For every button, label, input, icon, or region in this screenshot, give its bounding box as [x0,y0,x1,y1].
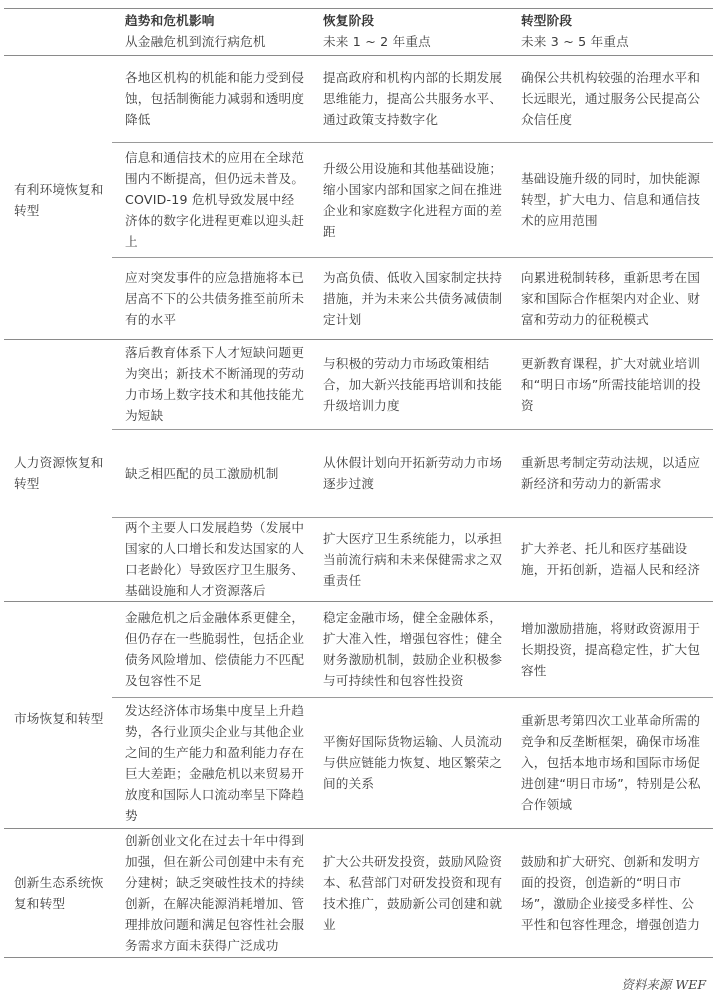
cell-transformation: 增加激励措施，将财政资源用于长期投资，提高稳定性，扩大包容性 [521,601,706,697]
cell-transformation: 基础设施升级的同时，加快能源转型，扩大电力、信息和通信技术的应用范围 [521,142,706,257]
cell-trend: 缺乏相匹配的员工激励机制 [125,429,307,517]
group-label: 有利环境恢复和转型 [14,142,104,257]
group-label: 市场恢复和转型 [14,708,104,729]
cell-transformation: 鼓励和扩大研究、创新和发明方面的投资，创造新的“明日市场”，激励企业接受多样性、… [521,828,706,957]
header-title: 恢复阶段 [323,10,508,31]
cell-transformation: 向累进税制转移，重新思考在国家和国际合作框架内对企业、财富和劳动力的征税模式 [521,257,706,339]
header-subtitle: 未来 1 ~ 2 年重点 [323,31,508,52]
header-col-recovery: 恢复阶段 未来 1 ~ 2 年重点 [323,10,508,52]
table-bottom-rule [4,957,713,958]
header-title: 趋势和危机影响 [125,10,307,31]
group-label: 创新生态系统恢复和转型 [14,828,104,957]
header-subtitle: 从金融危机到流行病危机 [125,31,307,52]
cell-trend: 金融危机之后金融体系更健全，但仍存在一些脆弱性，包括企业债务风险增加、偿债能力不… [125,601,307,697]
cell-transformation: 确保公共机构较强的治理水平和长远眼光，通过服务公民提高公众信任度 [521,55,706,142]
cell-recovery: 与积极的劳动力市场政策相结合，加大新兴技能再培训和技能升级培训力度 [323,339,508,429]
cell-trend: 落后教育体系下人才短缺问题更为突出；新技术不断涌现的劳动力市场上数字技术和其他技… [125,339,307,429]
cell-recovery: 升级公用设施和其他基础设施；缩小国家内部和国家之间在推进企业和家庭数字化进程方面… [323,142,508,257]
cell-trend: 各地区机构的机能和能力受到侵蚀，包括制衡能力减弱和透明度降低 [125,55,307,142]
cell-transformation: 重新思考第四次工业革命所需的竞争和反垄断框架，确保市场准入，包括本地市场和国际市… [521,697,706,828]
cell-trend: 发达经济体市场集中度呈上升趋势，各行业顶尖企业与其他企业之间的生产能力和盈利能力… [125,697,307,828]
cell-recovery: 从休假计划向开拓新劳动力市场逐步过渡 [323,429,508,517]
cell-trend: 创新创业文化在过去十年中得到加强，但在新公司创建中未有充分建树；缺乏突破性技术的… [125,828,307,957]
cell-recovery: 平衡好国际货物运输、人员流动与供应链能力恢复、地区繁荣之间的关系 [323,697,508,828]
cell-transformation: 重新思考制定劳动法规，以适应新经济和劳动力的新需求 [521,429,706,517]
header-col-transformation: 转型阶段 未来 3 ~ 5 年重点 [521,10,706,52]
header-title: 转型阶段 [521,10,706,31]
header-subtitle: 未来 3 ~ 5 年重点 [521,31,706,52]
cell-trend: 信息和通信技术的应用在全球范围内不断提高，但仍远未普及。COVID-19 危机导… [125,142,307,257]
cell-trend: 两个主要人口发展趋势（发展中国家的人口增长和发达国家的人口老龄化）导致医疗卫生服… [125,517,307,601]
cell-recovery: 为高负债、低收入国家制定扶持措施，并为未来公共债务减债制定计划 [323,257,508,339]
cell-recovery: 提高政府和机构内部的长期发展思维能力，提高公共服务水平、通过政策支持数字化 [323,55,508,142]
header-col-trend: 趋势和危机影响 从金融危机到流行病危机 [125,10,307,52]
group-label: 人力资源恢复和转型 [14,429,104,517]
cell-recovery: 稳定金融市场，健全金融体系，扩大准入性，增强包容性；健全财务激励机制，鼓励企业积… [323,601,508,697]
source-note: 资料来源 WEF [621,975,706,993]
cell-recovery: 扩大医疗卫生系统能力，以承担当前流行病和未来保健需求之双重责任 [323,517,508,601]
cell-transformation: 更新教育课程，扩大对就业培训和“明日市场”所需技能培训的投资 [521,339,706,429]
table-top-rule [4,8,713,9]
cell-recovery: 扩大公共研发投资，鼓励风险资本、私营部门对研发投资和现有技术推广，鼓励新公司创建… [323,828,508,957]
cell-transformation: 扩大养老、托儿和医疗基础设施，开拓创新，造福人民和经济 [521,517,706,601]
cell-trend: 应对突发事件的应急措施将本已居高不下的公共债务推至前所未有的水平 [125,257,307,339]
